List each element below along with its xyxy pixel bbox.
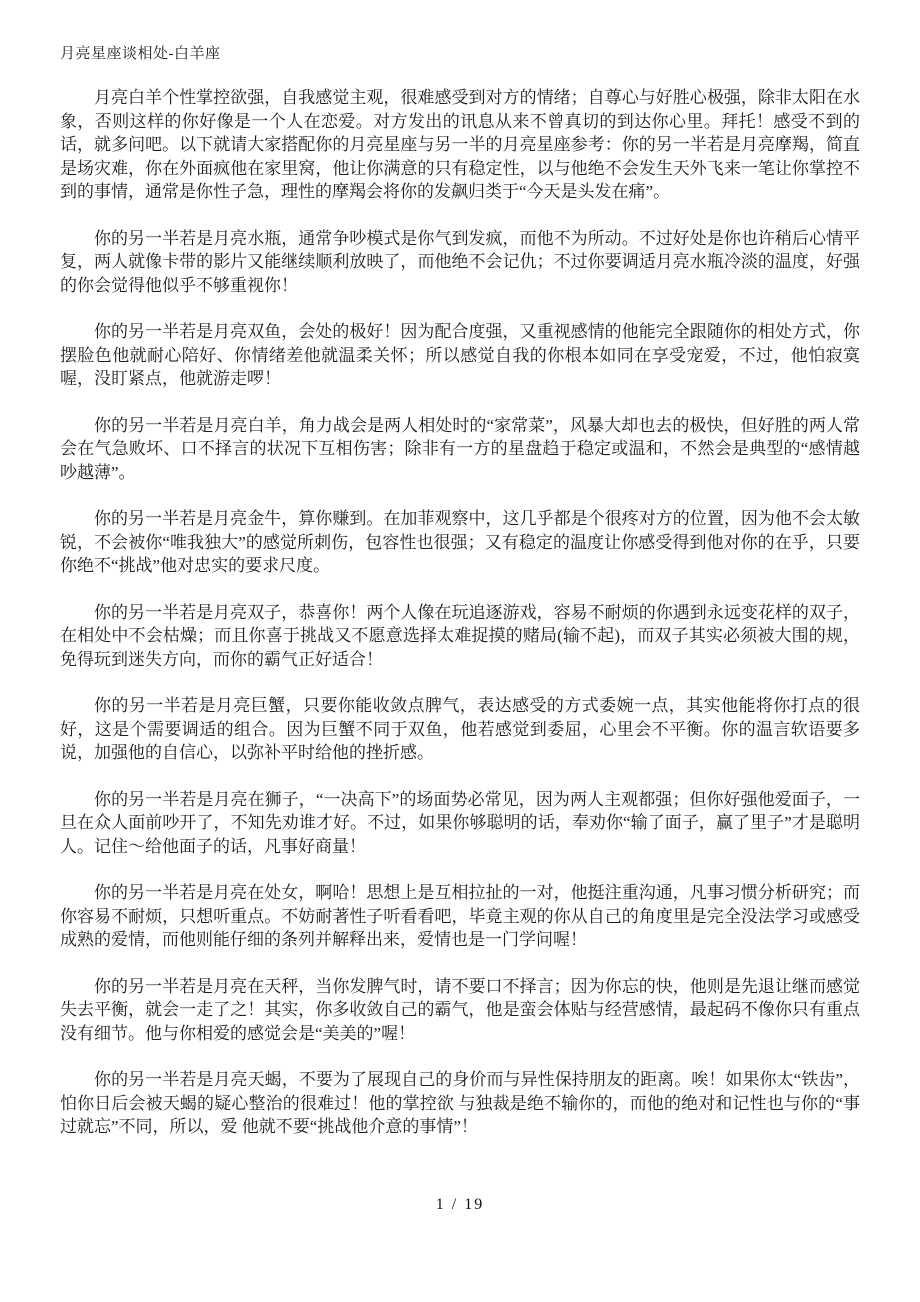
- paragraph: 你的另一半若是月亮在天秤，当你发脾气时，请不要口不择言；因为你忘的快，他则是先退…: [60, 975, 860, 1046]
- paragraph: 你的另一半若是月亮白羊，角力战会是两人相处时的“家常菜”，风暴大却也去的极快，但…: [60, 414, 860, 485]
- paragraph: 你的另一半若是月亮在狮子，“一决高下”的场面势必常见，因为两人主观都强；但你好强…: [60, 788, 860, 859]
- document-page: 月亮星座谈相处-白羊座 月亮白羊个性掌控欲强，自我感觉主观，很难感受到对方的情绪…: [0, 0, 920, 1302]
- page-number: 1 / 19: [0, 1196, 920, 1214]
- paragraph: 你的另一半若是月亮双鱼，会处的极好！因为配合度强，又重视感情的他能完全跟随你的相…: [60, 320, 860, 391]
- paragraph: 你的另一半若是月亮巨蟹，只要你能收敛点脾气，表达感受的方式委婉一点，其实他能将你…: [60, 694, 860, 765]
- paragraph: 你的另一半若是月亮水瓶，通常争吵模式是你气到发疯，而他不为所动。不过好处是你也许…: [60, 227, 860, 298]
- paragraph: 月亮白羊个性掌控欲强，自我感觉主观，很难感受到对方的情绪；自尊心与好胜心极强，除…: [60, 86, 860, 204]
- paragraph: 你的另一半若是月亮金牛，算你赚到。在加菲观察中，这几乎都是个很疼对方的位置，因为…: [60, 507, 860, 578]
- paragraph: 你的另一半若是月亮天蝎，不要为了展现自己的身价而与异性保持朋友的距离。唉！如果你…: [60, 1068, 860, 1139]
- document-body: 月亮白羊个性掌控欲强，自我感觉主观，很难感受到对方的情绪；自尊心与好胜心极强，除…: [60, 86, 860, 1162]
- document-header-title: 月亮星座谈相处-白羊座: [60, 42, 221, 63]
- paragraph: 你的另一半若是月亮在处女，啊哈！思想上是互相拉扯的一对，他挺注重沟通，凡事习惯分…: [60, 881, 860, 952]
- paragraph: 你的另一半若是月亮双子，恭喜你！两个人像在玩追逐游戏，容易不耐烦的你遇到永远变花…: [60, 601, 860, 672]
